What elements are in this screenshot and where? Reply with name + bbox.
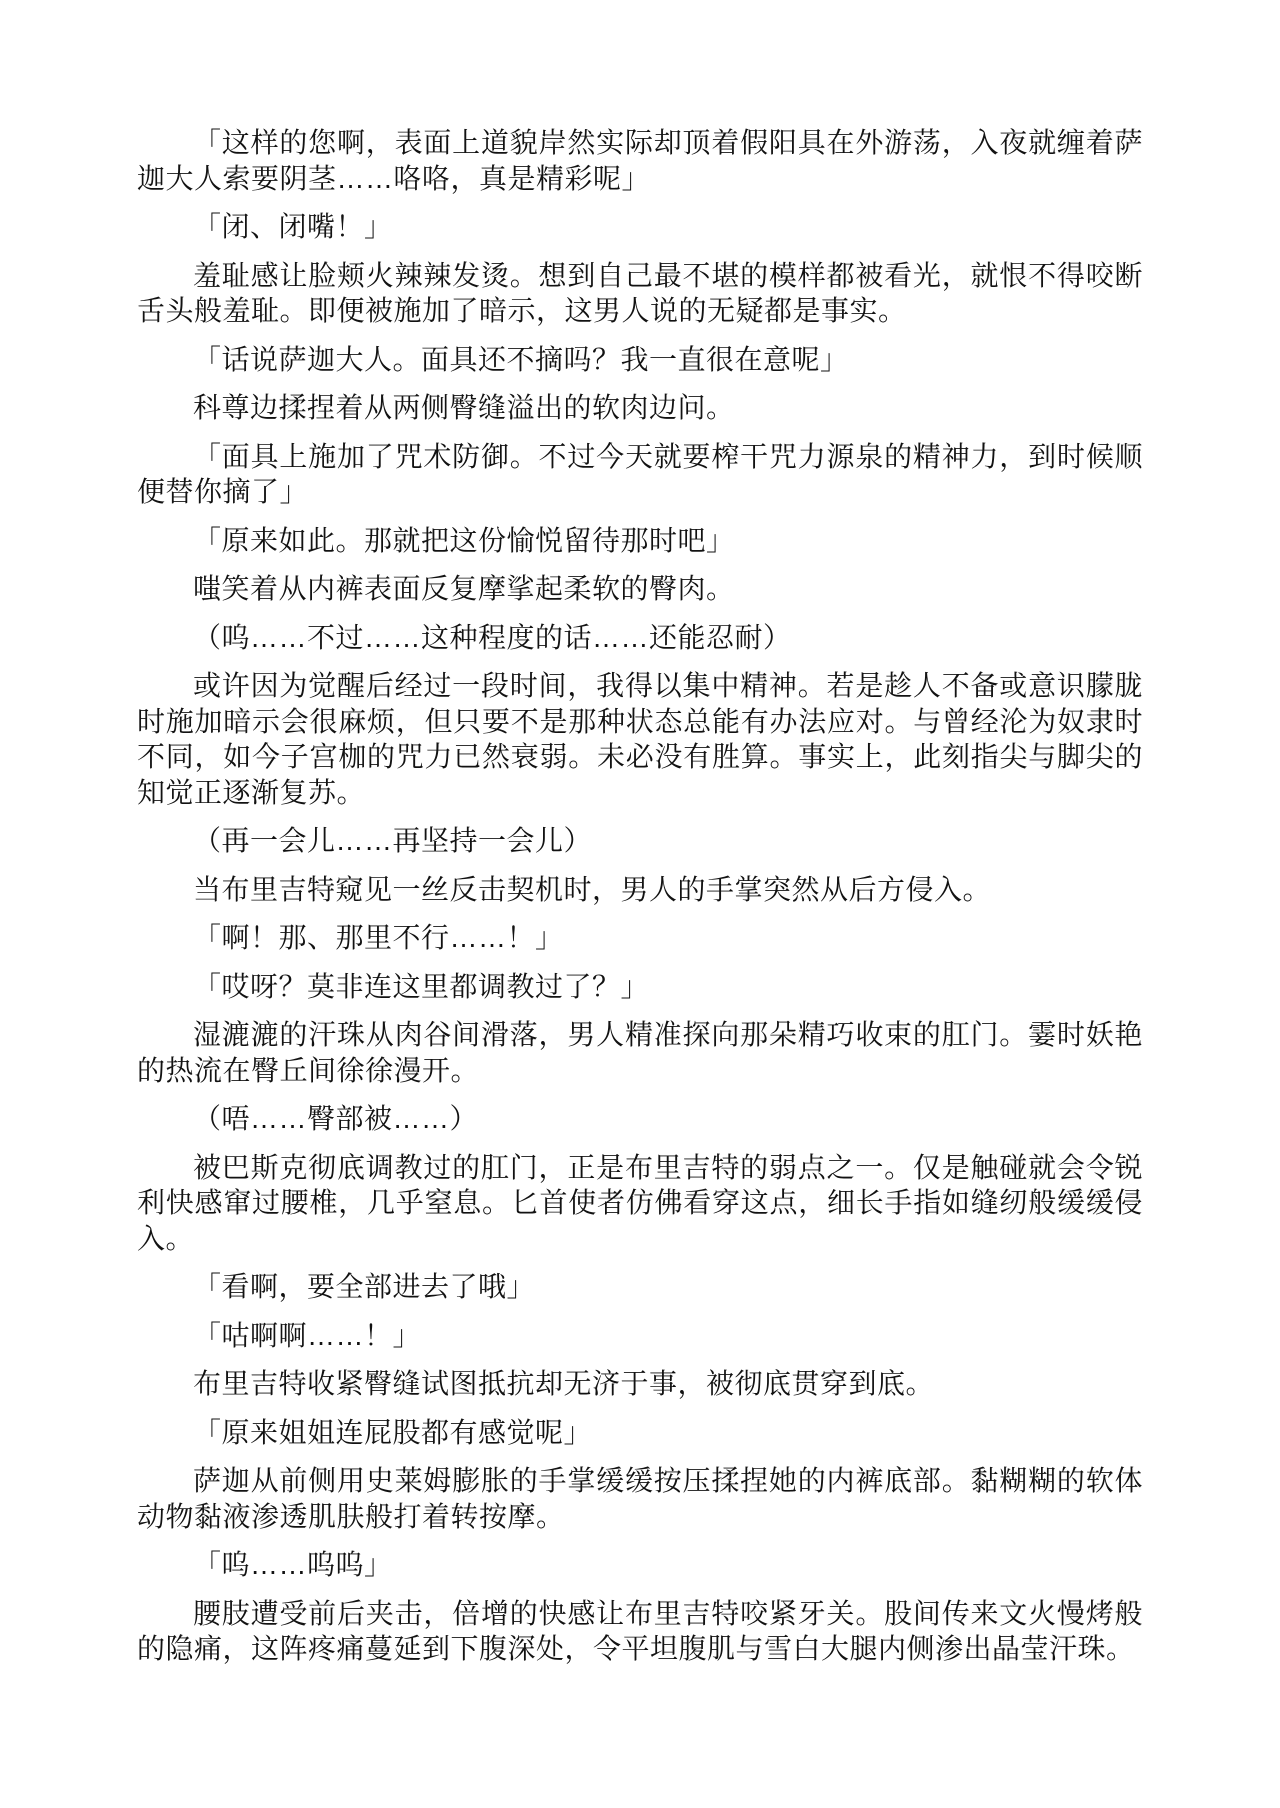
paragraph-1-dialogue: 「这样的您啊，表面上道貌岸然实际却顶着假阳具在外游荡，入夜就缠着萨迦大人索要阴茎…: [137, 125, 1143, 196]
paragraph-4-dialogue: 「话说萨迦大人。面具还不摘吗？我一直很在意呢」: [137, 342, 1143, 378]
paragraph-19-dialogue: 「咕啊啊……！」: [137, 1318, 1143, 1354]
paragraph-14-dialogue: 「哎呀？莫非连这里都调教过了？」: [137, 969, 1143, 1005]
paragraph-16-thought: （唔……臀部被……）: [137, 1101, 1143, 1137]
paragraph-11-thought: （再一会儿……再坚持一会儿）: [137, 823, 1143, 859]
novel-page: 「这样的您啊，表面上道貌岸然实际却顶着假阳具在外游荡，入夜就缠着萨迦大人索要阴茎…: [0, 0, 1280, 1808]
paragraph-24-narration: 腰肢遭受前后夹击，倍增的快感让布里吉特咬紧牙关。股间传来文火慢烤般的隐痛，这阵疼…: [137, 1596, 1143, 1667]
paragraph-7-dialogue: 「原来如此。那就把这份愉悦留待那时吧」: [137, 523, 1143, 559]
text-block: 「这样的您啊，表面上道貌岸然实际却顶着假阳具在外游荡，入夜就缠着萨迦大人索要阴茎…: [137, 125, 1143, 1680]
paragraph-5-narration: 科尊边揉捏着从两侧臀缝溢出的软肉边问。: [137, 390, 1143, 426]
paragraph-20-narration: 布里吉特收紧臀缝试图抵抗却无济于事，被彻底贯穿到底。: [137, 1366, 1143, 1402]
paragraph-15-narration: 湿漉漉的汗珠从肉谷间滑落，男人精准探向那朵精巧收束的肛门。霎时妖艳的热流在臀丘间…: [137, 1017, 1143, 1088]
paragraph-8-narration: 嗤笑着从内裤表面反复摩挲起柔软的臀肉。: [137, 571, 1143, 607]
paragraph-13-dialogue: 「啊！那、那里不行……！」: [137, 920, 1143, 956]
paragraph-12-narration: 当布里吉特窥见一丝反击契机时，男人的手掌突然从后方侵入。: [137, 872, 1143, 908]
paragraph-17-narration: 被巴斯克彻底调教过的肛门，正是布里吉特的弱点之一。仅是触碰就会令锐利快感窜过腰椎…: [137, 1150, 1143, 1257]
paragraph-2-dialogue: 「闭、闭嘴！」: [137, 209, 1143, 245]
paragraph-9-thought: （呜……不过……这种程度的话……还能忍耐）: [137, 620, 1143, 656]
paragraph-23-dialogue: 「呜……呜呜」: [137, 1547, 1143, 1583]
paragraph-10-narration: 或许因为觉醒后经过一段时间，我得以集中精神。若是趁人不备或意识朦胧时施加暗示会很…: [137, 668, 1143, 810]
paragraph-18-dialogue: 「看啊，要全部进去了哦」: [137, 1269, 1143, 1305]
paragraph-6-dialogue: 「面具上施加了咒术防御。不过今天就要榨干咒力源泉的精神力，到时候顺便替你摘了」: [137, 439, 1143, 510]
paragraph-21-dialogue: 「原来姐姐连屁股都有感觉呢」: [137, 1415, 1143, 1451]
paragraph-22-narration: 萨迦从前侧用史莱姆膨胀的手掌缓缓按压揉捏她的内裤底部。黏糊糊的软体动物黏液渗透肌…: [137, 1463, 1143, 1534]
paragraph-3-narration: 羞耻感让脸颊火辣辣发烫。想到自己最不堪的模样都被看光，就恨不得咬断舌头般羞耻。即…: [137, 258, 1143, 329]
